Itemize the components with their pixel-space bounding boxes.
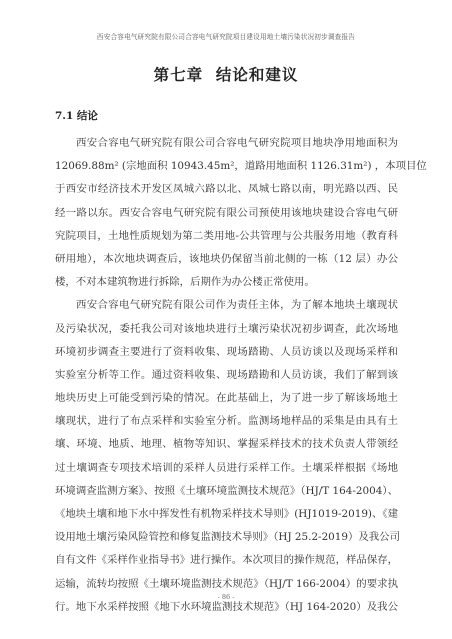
text-line: 地块历史上可能受到污染的情况。在此基础上，为了进一步了解该场地土 [55,387,398,410]
text-line: 实验室分析等工作。通过资料收集、现场踏勘和人员访谈，我们了解到该 [55,364,398,387]
text-line: 究院项目，土地性质规划为第二类用地-公共管理与公共服务用地（教育科 [55,225,398,248]
section-heading: 7.1 结论 [55,108,98,123]
text-line: 西安合容电气研究院有限公司作为责任主体，为了解本地块土壤现状 [55,294,398,317]
text-line: 环境初步调查主要进行了资料收集、现场踏勘、人员访谈以及现场采样和 [55,341,398,364]
text-line: 壤现状，进行了布点采样和实验室分析。监测场地样品的采集是由具有土 [55,410,398,433]
text-line: 研用地），本次地块调查后，该地块仍保留当前北侧的一栋（12 层）办公 [55,248,398,271]
paragraph-1: 西安合容电气研究院有限公司合容电气研究院项目地块净用地面积为 12069.88m… [55,132,398,294]
text-line: 自有文件《采样作业指导书》进行操作。本次项目的操作规范，样品保存， [55,549,398,572]
page-number: - 86 - [0,593,452,601]
paragraph-2: 西安合容电气研究院有限公司作为责任主体，为了解本地块土壤现状 及污染状况，委托我… [55,294,398,619]
text-line: 设用地土壤污染风险管控和修复监测技术导则》（HJ 25.2-2019）及我公司 [55,526,398,549]
text-line: 楼，不对本建筑物进行拆除，后期作为办公楼正常使用。 [55,271,398,294]
text-line: 《地块土壤和地下水中挥发性有机物采样技术导则》(HJ1019-2019)、《建 [55,503,398,526]
text-line: 于西安市经济技术开发区凤城六路以北、凤城七路以南，明光路以西、民 [55,178,398,201]
text-line: 12069.88m² (宗地面积 10943.45m²，道路用地面积 1126.… [55,155,398,178]
running-header: 西安合容电气研究院有限公司合容电气研究院项目建设用地土壤污染状况初步调查报告 [0,31,452,41]
text-line: 过土壤调查专项技术培训的采样人员进行采样工作。土壤采样根据《场地 [55,457,398,480]
text-line: 经一路以东。西安合容电气研究院有限公司预使用该地块建设合容电气研 [55,202,398,225]
text-line: 及污染状况，委托我公司对该地块进行土壤污染状况初步调查，此次场地 [55,318,398,341]
text-line: 环境调查监测方案》、按照《土壤环境监测技术规范》（HJ/T 164-2004）、 [55,480,398,503]
text-line: 西安合容电气研究院有限公司合容电气研究院项目地块净用地面积为 [55,132,398,155]
text-line: 壤、环境、地质、地理、植物等知识、掌握采样技术的技术负责人带领经 [55,433,398,456]
chapter-title: 第七章 结论和建议 [0,63,452,85]
body-text: 西安合容电气研究院有限公司合容电气研究院项目地块净用地面积为 12069.88m… [55,132,398,619]
